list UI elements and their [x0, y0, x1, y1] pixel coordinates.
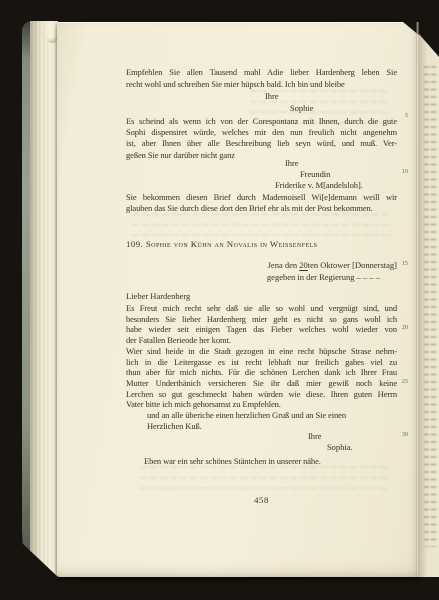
dateline-place-date: Jena den 20ten Oktower [Donnerstag] — [126, 259, 397, 271]
signature-line: Sophia. — [327, 442, 352, 452]
dateline-day-number: 20 — [299, 260, 308, 270]
gutter-crease — [416, 22, 419, 577]
letter-108-paragraph-2: Es scheind als wenn ich von der Corespon… — [126, 116, 397, 161]
letter-line: der Fatallen Berieode her komt. — [126, 335, 397, 346]
letter-line: Mutter Underthänich versicheren Sie ihr … — [126, 378, 397, 389]
letter-line: geßen Sie nur darüber nicht ganz — [126, 150, 397, 161]
show-through-ghost — [140, 466, 390, 492]
signature-line: Friderike v. M[andelsloh]. — [275, 180, 363, 190]
signature-line: Sophie — [290, 103, 313, 113]
letter-109-heading: 109. Sophie von Kühn an Novalis in Weiss… — [126, 239, 397, 249]
letter-line: recht wohl und schreiben Sie mier hüpsch… — [126, 78, 397, 90]
letter-line: Empfehlen Sie allen Tausend mahl Adie li… — [126, 66, 397, 78]
letter-109-greeting-lines: und an alle überiche einen herzlichen Gr… — [126, 410, 397, 432]
letter-109-body: Es Freut mich recht sehr daß sie alle so… — [126, 303, 397, 410]
margin-line-number: 30 — [393, 431, 408, 438]
letter-108-postscript: Sie bekommen diesen Brief durch Mademois… — [126, 192, 397, 215]
letter-line: habe wieder seit einigen Tagen das Fiebe… — [126, 324, 397, 335]
signature-line: Ihre — [285, 158, 298, 168]
facing-page-sliver — [419, 22, 439, 577]
page-number: 458 — [126, 495, 397, 505]
letter-109-postscript: Eben war ein sehr schönes Stäntchen in u… — [144, 456, 321, 466]
letter-line: glauben das Sie durch diese dort den Bri… — [126, 203, 397, 214]
letter-line: Vater bitte ich mich gehorsamst zu Empfe… — [126, 399, 397, 410]
dateline-text: ten Oktower [Donnerstag] — [308, 260, 397, 270]
letter-line: ist, aber Ihnen über alle Beschreibung l… — [126, 138, 397, 149]
facing-page-ghost-text — [424, 66, 438, 547]
letter-line: Lerchen so gut geschmeckt haben würden w… — [126, 389, 397, 400]
letter-line: lich in die Leitergasse es ist recht leb… — [126, 357, 397, 368]
signature-line: Ihre — [308, 431, 321, 441]
signature-line: Ihre — [265, 91, 278, 101]
letter-108-paragraph-1: Empfehlen Sie allen Tausend mahl Adie li… — [126, 66, 397, 90]
letter-line: Sophi dispensiret würde, welches mir den… — [126, 127, 397, 138]
letter-line: thun aber für mich nichts. Für die schön… — [126, 367, 397, 378]
letter-line: besonders Sie lieber Hardenberg mier geh… — [126, 314, 397, 325]
margin-line-number: 25 — [393, 378, 408, 385]
letter-109-dateline: Jena den 20ten Oktower [Donnerstag] gege… — [126, 259, 397, 284]
dateline-given: gegeben in der Regierung – – – – — [126, 271, 397, 283]
book-fore-edge — [22, 21, 58, 577]
letter-line: Wier sind heide in die Stadt gezogen in … — [126, 346, 397, 357]
letter-line: und an alle überiche einen herzlichen Gr… — [147, 410, 397, 421]
letter-109-salutation: Lieber Hardenberg — [126, 291, 190, 301]
letter-line: Es scheind als wenn ich von der Corespon… — [126, 116, 397, 127]
signature-line: Freundin — [300, 169, 330, 179]
margin-line-number: 15 — [393, 260, 408, 267]
book-photo: Empfehlen Sie allen Tausend mahl Adie li… — [0, 0, 439, 600]
margin-line-number: 10 — [393, 168, 408, 175]
page-stack-edge — [30, 21, 58, 577]
dateline-text: Jena den — [268, 260, 300, 270]
margin-line-number: 20 — [393, 324, 408, 331]
letter-line: Es Freut mich recht sehr daß sie alle so… — [126, 303, 397, 314]
letter-line: Sie bekommen diesen Brief durch Mademois… — [126, 192, 397, 203]
margin-line-number: 5 — [393, 112, 408, 119]
show-through-ghost — [132, 213, 390, 236]
letter-line: Herzlichen Kuß. — [147, 421, 397, 432]
